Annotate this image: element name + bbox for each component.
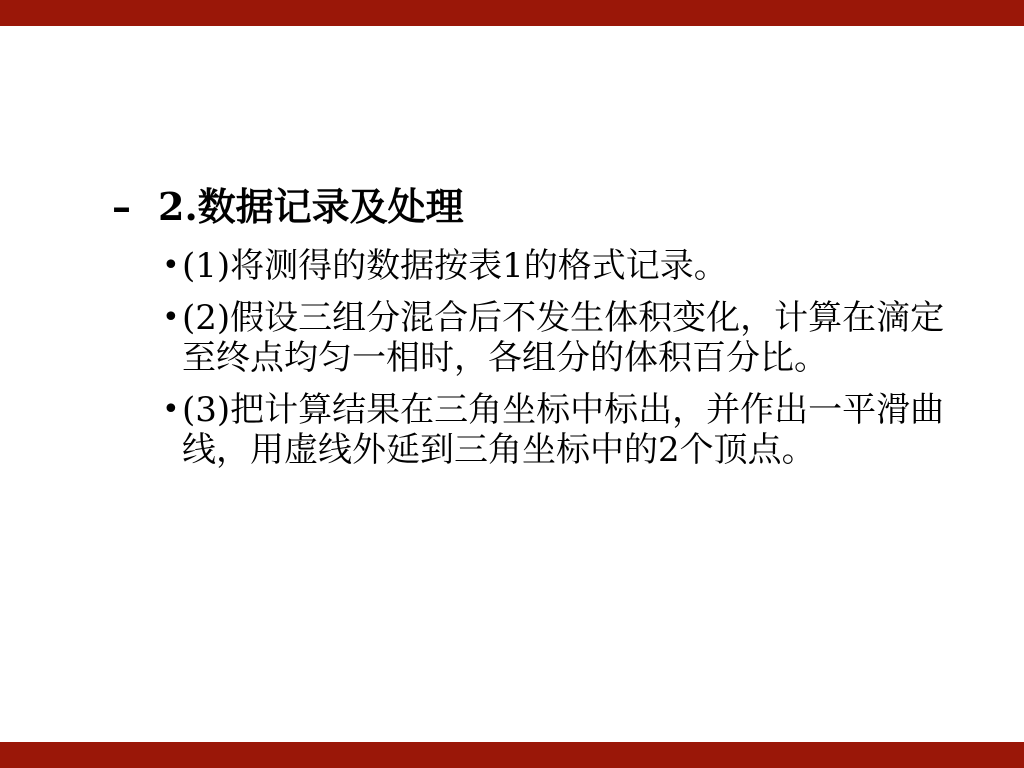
heading-dash-marker: – xyxy=(112,184,158,230)
bullet-3-line-1: (3)把计算结果在三角坐标中标出，并作出一平滑曲 xyxy=(182,390,990,430)
slide-canvas: –2.数据记录及处理 • (1)将测得的数据按表1的格式记录。 • (2)假设三… xyxy=(0,0,1024,768)
bullet-dot-icon: • xyxy=(162,246,180,286)
heading-text: 2.数据记录及处理 xyxy=(158,184,464,229)
heading-line: –2.数据记录及处理 xyxy=(112,184,464,230)
bullet-3-line-2: 线，用虚线外延到三角坐标中的2个顶点。 xyxy=(182,430,990,470)
bullet-list: • (1)将测得的数据按表1的格式记录。 • (2)假设三组分混合后不发生体积变… xyxy=(150,246,990,482)
bottom-accent-bar xyxy=(0,742,1024,768)
bullet-2-line-1: (2)假设三组分混合后不发生体积变化，计算在滴定 xyxy=(182,298,990,338)
bullet-item-3: • (3)把计算结果在三角坐标中标出，并作出一平滑曲 线，用虚线外延到三角坐标中… xyxy=(150,390,990,470)
bullet-item-1: • (1)将测得的数据按表1的格式记录。 xyxy=(150,246,990,286)
bullet-dot-icon: • xyxy=(162,390,180,430)
bullet-item-2: • (2)假设三组分混合后不发生体积变化，计算在滴定 至终点均匀一相时，各组分的… xyxy=(150,298,990,378)
top-accent-bar xyxy=(0,0,1024,26)
bullet-2-line-2: 至终点均匀一相时，各组分的体积百分比。 xyxy=(182,338,990,378)
bullet-1-line-1: (1)将测得的数据按表1的格式记录。 xyxy=(182,246,990,286)
bullet-dot-icon: • xyxy=(162,298,180,338)
